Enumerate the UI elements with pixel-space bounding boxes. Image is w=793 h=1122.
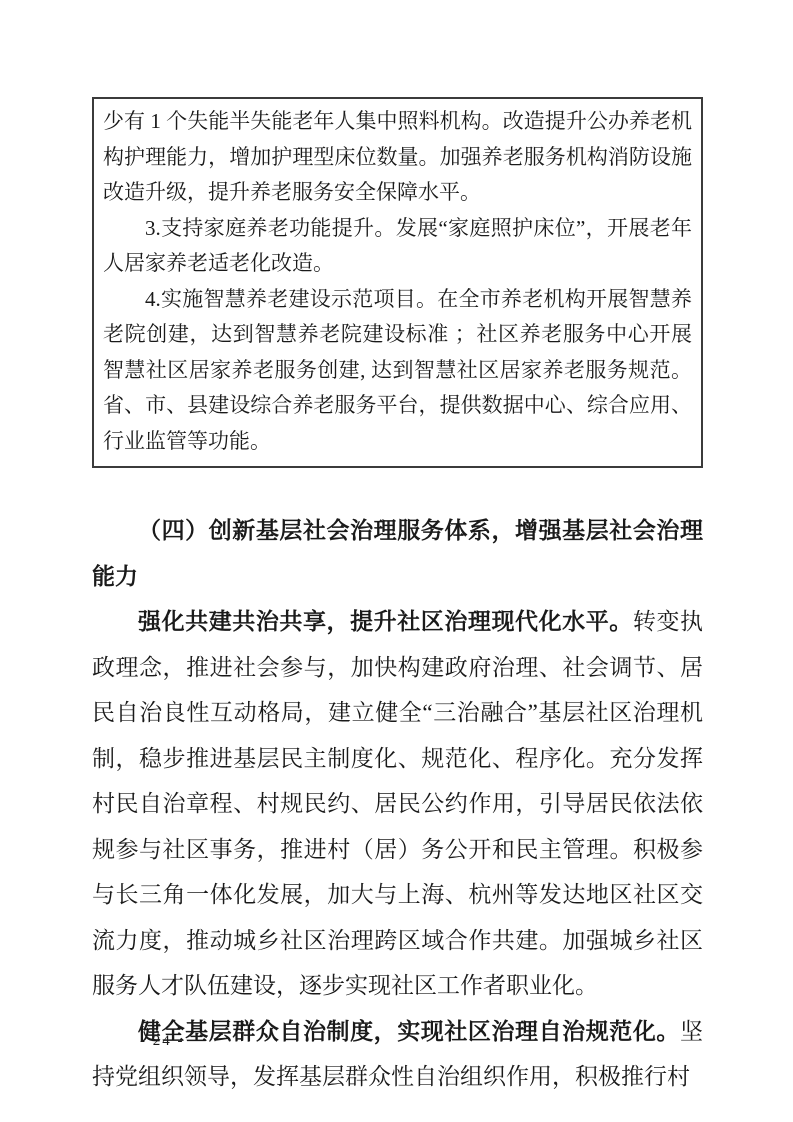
- body-paragraph: 强化共建共治共享，提升社区治理现代化水平。转变执政理念，推进社会参与，加快构建政…: [92, 599, 703, 1009]
- page-content: 少有 1 个失能半失能老年人集中照料机构。改造提升公办养老机构护理能力，增加护理…: [92, 97, 703, 1100]
- section-heading: （四）创新基层社会治理服务体系，增强基层社会治理能力: [92, 508, 703, 599]
- paragraph-lead: 强化共建共治共享，提升社区治理现代化水平。: [138, 609, 633, 634]
- box-paragraph: 3.支持家庭养老功能提升。发展“家庭照护床位”，开展老年人居家养老适老化改造。: [103, 211, 692, 282]
- body-paragraph: 健全基层群众自治制度，实现社区治理自治规范化。坚持党组织领导，发挥基层群众性自治…: [92, 1009, 703, 1100]
- box-paragraph: 少有 1 个失能半失能老年人集中照料机构。改造提升公办养老机构护理能力，增加护理…: [103, 104, 692, 211]
- box-paragraph: 4.实施智慧养老建设示范项目。在全市养老机构开展智慧养老院创建，达到智慧养老院建…: [103, 282, 692, 460]
- section-four: （四）创新基层社会治理服务体系，增强基层社会治理能力 强化共建共治共享，提升社区…: [92, 508, 703, 1100]
- boxed-highlight: 少有 1 个失能半失能老年人集中照料机构。改造提升公办养老机构护理能力，增加护理…: [92, 97, 703, 468]
- paragraph-body: 转变执政理念，推进社会参与，加快构建政府治理、社会调节、居民自治良性互动格局，建…: [92, 609, 703, 998]
- paragraph-lead: 健全基层群众自治制度，实现社区治理自治规范化。: [138, 1019, 680, 1044]
- document-page: 少有 1 个失能半失能老年人集中照料机构。改造提升公办养老机构护理能力，增加护理…: [0, 0, 793, 1122]
- page-number: - 24 -: [140, 1033, 185, 1050]
